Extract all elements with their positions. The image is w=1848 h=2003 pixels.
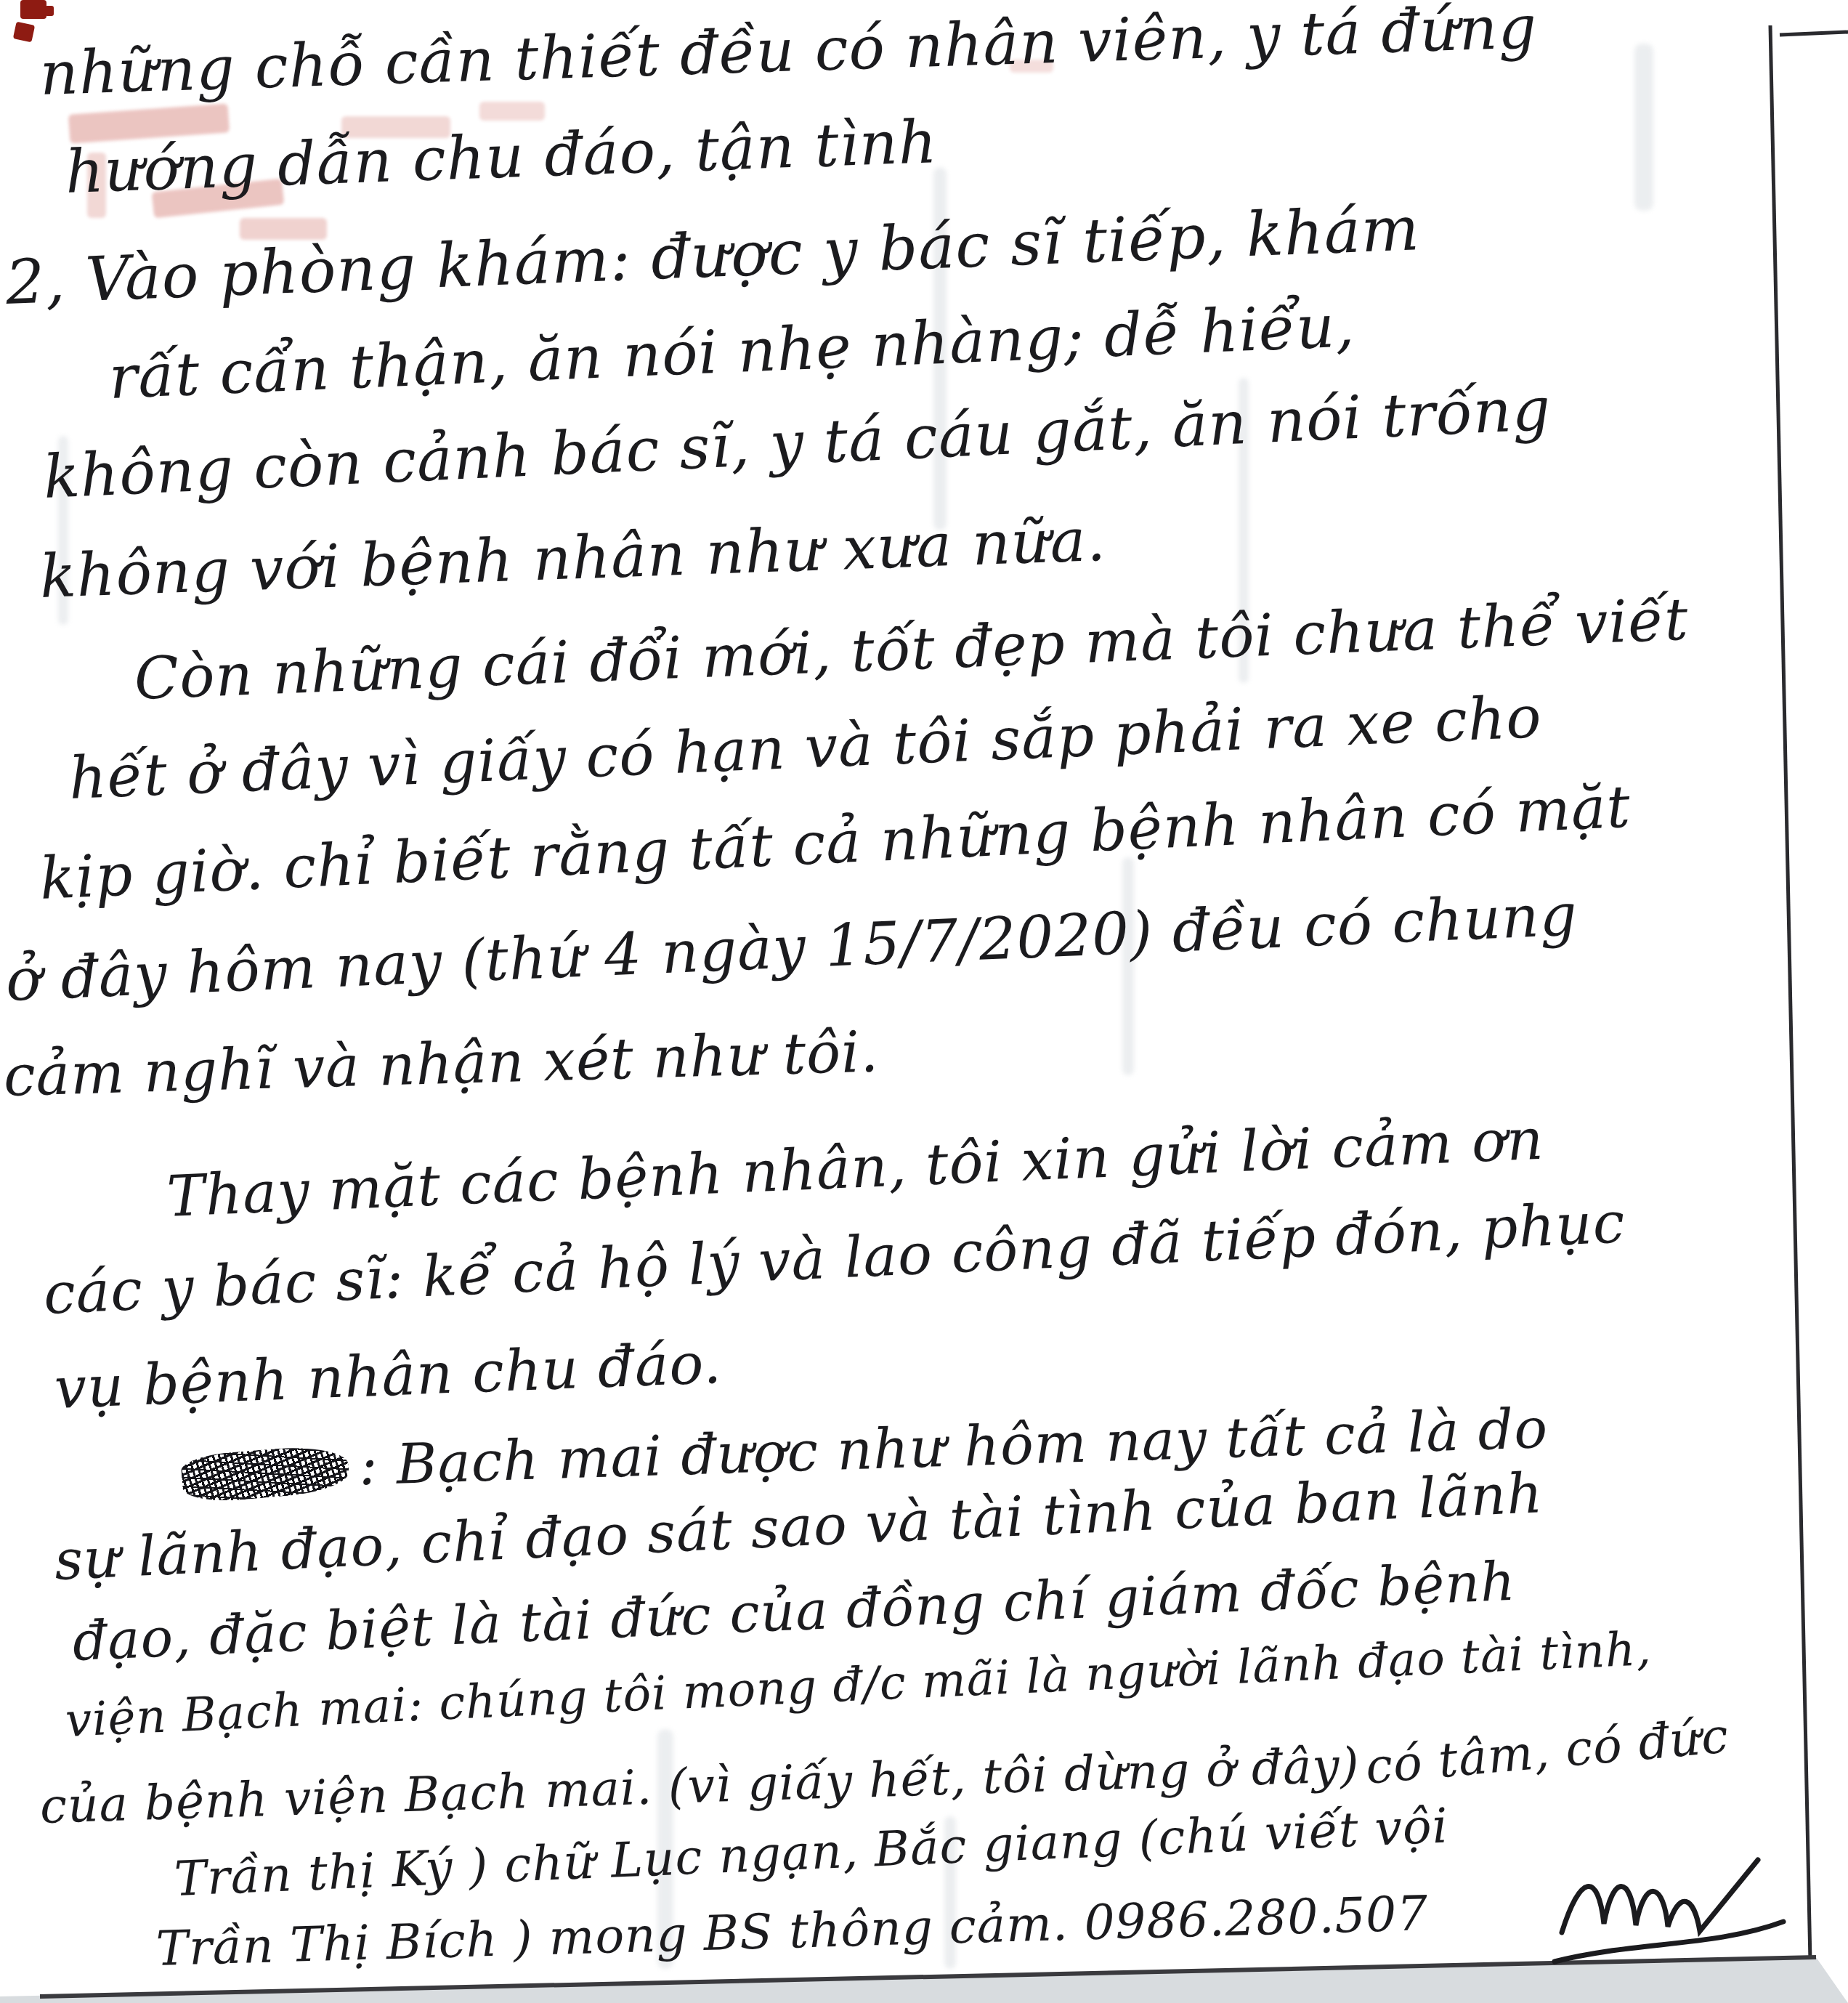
scanned-letter-page: những chỗ cần thiết đều có nhân viên, y … <box>0 0 1848 2003</box>
scan-edge-lines <box>0 0 1848 2003</box>
right-paper-edge <box>1770 25 1810 1962</box>
top-right-edge-tick <box>1780 32 1848 35</box>
signature-flourish <box>1555 1860 1783 1962</box>
